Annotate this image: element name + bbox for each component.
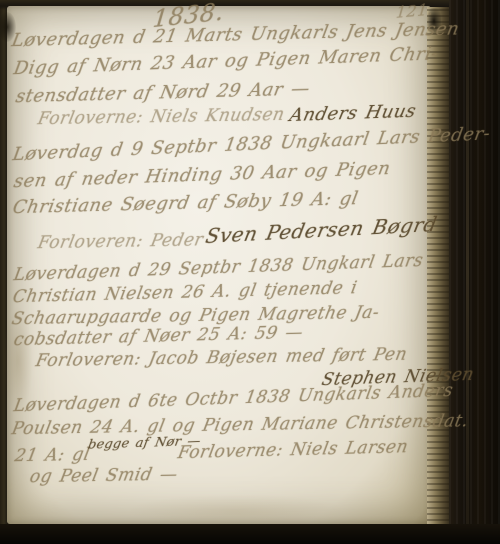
handwritten-line: og Peel Smid — [28, 464, 180, 487]
spine-highlight [466, 0, 469, 544]
book-page-edges [427, 7, 450, 527]
handwritten-line-forlovere: Forloveren: Peder [36, 230, 205, 253]
paper-smudge [127, 494, 347, 528]
scan-photo: 1838. 121. Løverdagen d 21 Marts Ungkarl… [0, 0, 500, 544]
handwritten-line: 21 A: gl [13, 445, 92, 466]
book-spine [449, 0, 500, 544]
photo-bottom-border [0, 524, 500, 544]
